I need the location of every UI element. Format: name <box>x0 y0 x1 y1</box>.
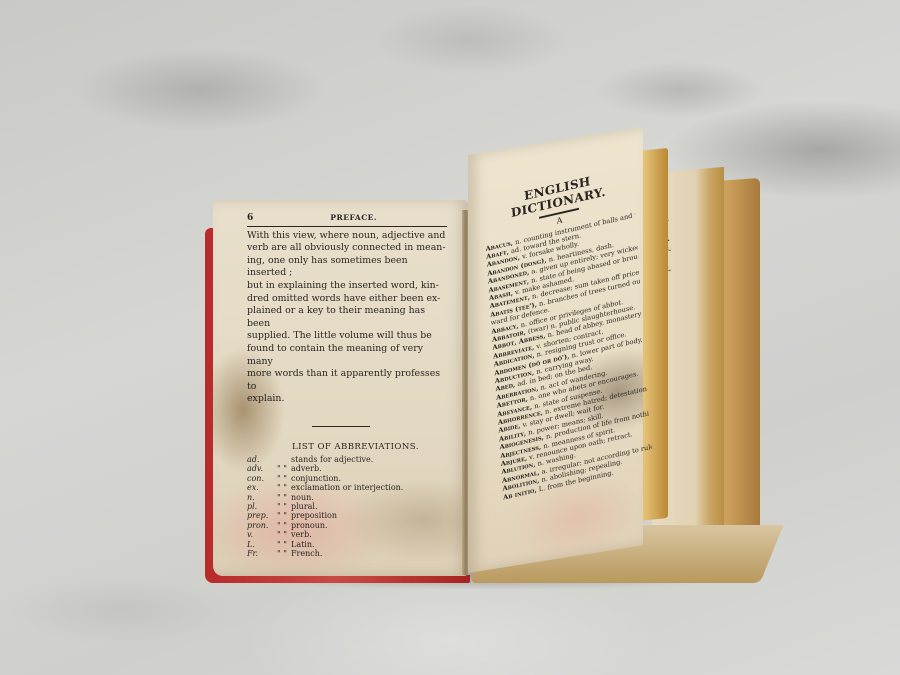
meaning: conjunction. <box>291 474 341 483</box>
text-line: dred omitted words have either been ex- <box>247 293 447 306</box>
abbr: pron. <box>247 521 273 530</box>
abbreviation-row: v." "verb. <box>247 530 447 539</box>
abbr: L. <box>247 540 273 549</box>
ditto: " " <box>273 549 291 558</box>
meaning: adverb. <box>291 464 322 473</box>
abbr: ex. <box>247 483 273 492</box>
abbr: pl. <box>247 502 273 511</box>
meaning: stands for adjective. <box>291 455 373 464</box>
meaning: verb. <box>291 530 312 539</box>
ditto <box>273 455 291 464</box>
running-header: 6 PREFACE. <box>247 212 447 227</box>
ditto: " " <box>273 540 291 549</box>
abbreviation-row: con." "conjunction. <box>247 474 447 483</box>
text-line: supplied. The little volume will thus be <box>247 330 447 343</box>
abbr: adv. <box>247 464 273 473</box>
meaning: Latin. <box>291 540 315 549</box>
abbreviation-row: L." "Latin. <box>247 540 447 549</box>
text-line: but in explaining the inserted word, kin… <box>247 280 447 293</box>
abbreviation-row: ex." "exclamation or interjection. <box>247 483 447 492</box>
page-number: 6 <box>247 212 253 225</box>
ditto: " " <box>273 502 291 511</box>
abbreviation-row: prep." "preposition <box>247 511 447 520</box>
abbreviation-row: Fr." "French. <box>247 549 447 558</box>
abbr: prep. <box>247 511 273 520</box>
left-page: 6 PREFACE. With this view, where noun, a… <box>213 200 468 576</box>
meaning: French. <box>291 549 322 558</box>
abbr: Fr. <box>247 549 273 558</box>
abbreviation-row: adv." "adverb. <box>247 464 447 473</box>
abbreviation-row: ad.stands for adjective. <box>247 455 447 464</box>
ditto: " " <box>273 521 291 530</box>
preface-paragraph: With this view, where noun, adjective an… <box>247 230 447 406</box>
text-line: verb are all obviously connected in mean… <box>247 242 447 255</box>
abbreviation-row: pl." "plural. <box>247 502 447 511</box>
dictionary-entries: Abacus, n. counting instrument of balls … <box>485 210 653 501</box>
ditto: " " <box>273 511 291 520</box>
abbr: ad. <box>247 455 273 464</box>
ditto: " " <box>273 464 291 473</box>
abbreviations-title: LIST OF ABBREVIATIONS. <box>292 441 447 454</box>
abbr: v. <box>247 530 273 539</box>
ditto: " " <box>273 483 291 492</box>
meaning: preposition <box>291 511 337 520</box>
text-line: found to contain the meaning of very man… <box>247 343 447 368</box>
ditto: " " <box>273 493 291 502</box>
meaning: plural. <box>291 502 318 511</box>
ditto: " " <box>273 530 291 539</box>
text-line: ing, one only has sometimes been inserte… <box>247 255 447 280</box>
section-divider <box>312 426 370 428</box>
ditto: " " <box>273 474 291 483</box>
abbreviations-list: ad.stands for adjective. adv." "adverb. … <box>247 455 447 558</box>
abbr: con. <box>247 474 273 483</box>
text-line: explain. <box>247 393 447 406</box>
abbreviation-row: pron." "pronoun. <box>247 521 447 530</box>
text-line: plained or a key to their meaning has be… <box>247 305 447 330</box>
meaning: exclamation or interjection. <box>291 483 403 492</box>
meaning: pronoun. <box>291 521 328 530</box>
abbr: n. <box>247 493 273 502</box>
text-line: With this view, where noun, adjective an… <box>247 230 447 243</box>
abbreviation-row: n." "noun. <box>247 493 447 502</box>
right-page: ENGLISH DICTIONARY. A Abacus, n. countin… <box>468 127 643 573</box>
meaning: noun. <box>291 493 314 502</box>
text-line: more words than it apparently professes … <box>247 368 447 393</box>
running-head: PREFACE. <box>330 212 377 225</box>
